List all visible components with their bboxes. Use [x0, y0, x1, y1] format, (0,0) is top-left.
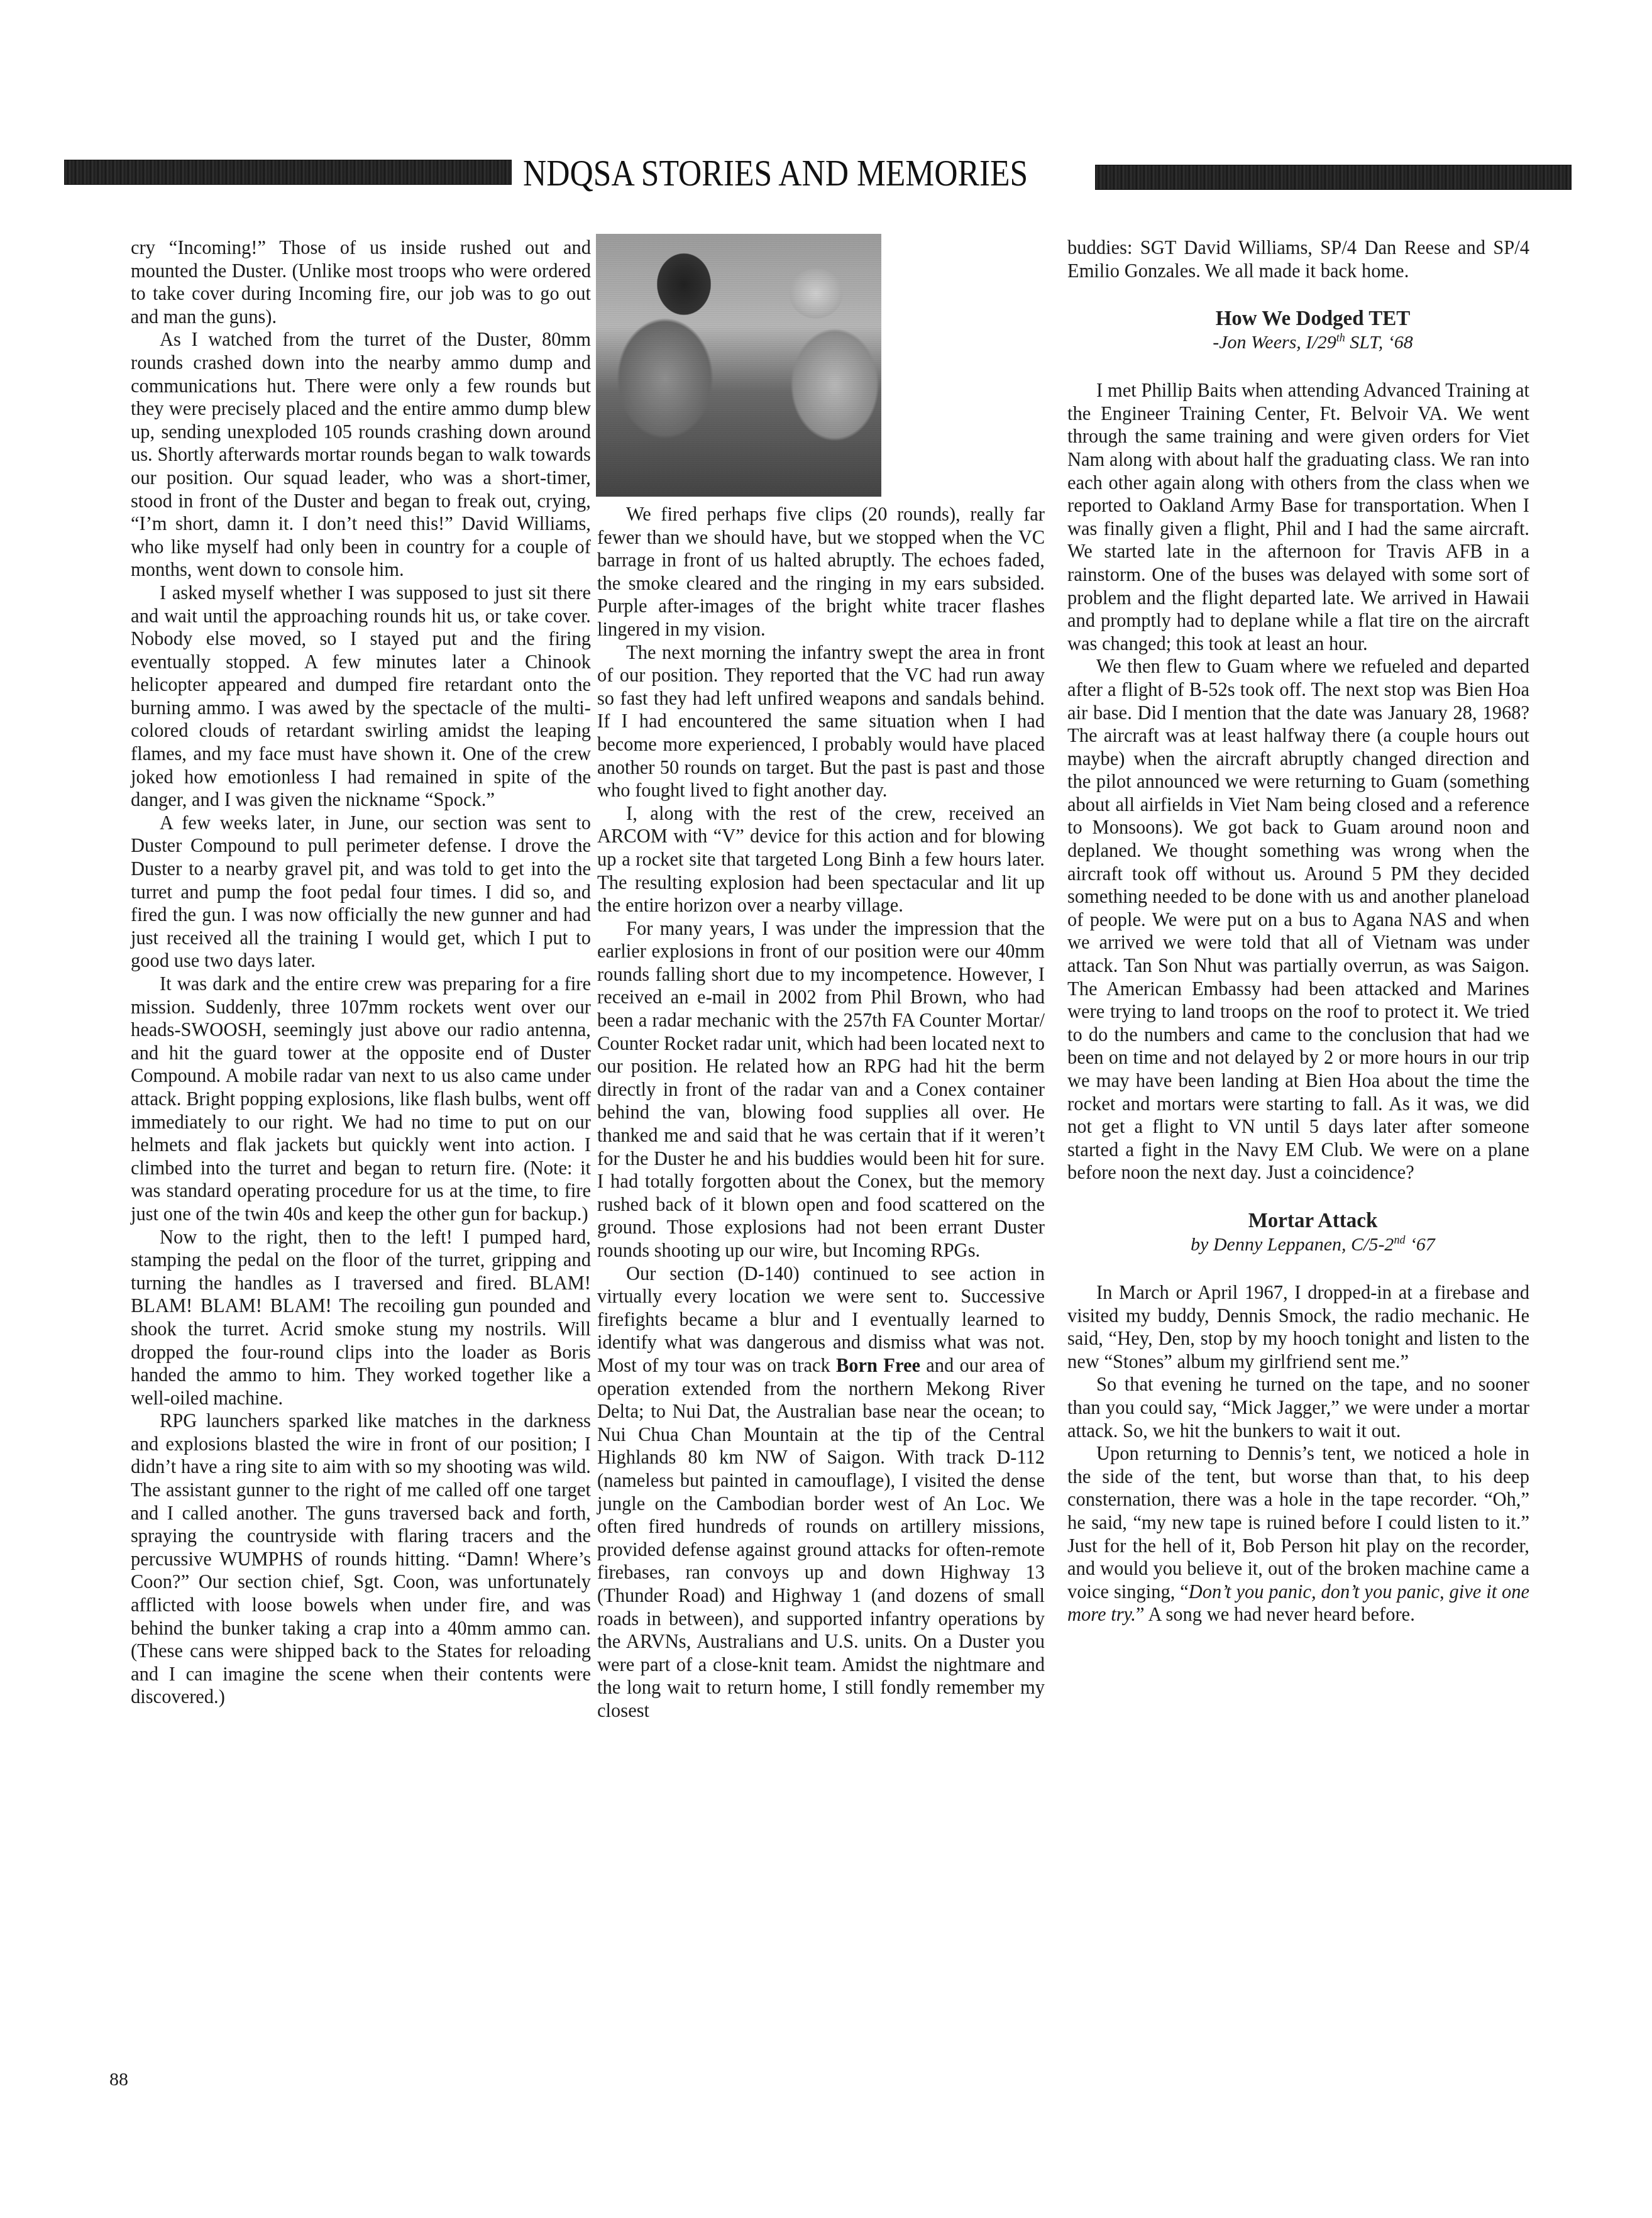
paragraph-text: and our area of operation extended from …: [597, 1355, 1045, 1721]
paragraph: Now to the right, then to the left! I pu…: [131, 1226, 591, 1410]
paragraph: I, along with the rest of the crew, rece…: [597, 802, 1045, 917]
column-middle: We fired perhaps five clips (20 rounds),…: [597, 503, 1045, 1722]
paragraph: RPG launchers sparked like matches in th…: [131, 1410, 591, 1709]
paragraph: I asked myself whether I was supposed to…: [131, 582, 591, 812]
paragraph-text: ” A song we had never heard before.: [1136, 1604, 1415, 1625]
page-number: 88: [109, 2068, 128, 2091]
duster-crew-photo: [596, 234, 881, 497]
byline-superscript: nd: [1394, 1233, 1405, 1246]
story-byline: -Jon Weers, I/29th SLT, ‘68: [1067, 331, 1529, 354]
paragraph: For many years, I was under the impressi…: [597, 917, 1045, 1262]
paragraph: So that evening he turned on the tape, a…: [1067, 1373, 1529, 1442]
paragraph: It was dark and the entire crew was prep…: [131, 973, 591, 1226]
track-name-born-free: Born Free: [836, 1355, 920, 1376]
byline-text: SLT, ‘68: [1345, 332, 1413, 353]
paragraph: I met Phillip Baits when attending Advan…: [1067, 379, 1529, 655]
column-left: cry “Incoming!” Those of us inside rushe…: [131, 236, 591, 1709]
paragraph: As I watched from the turret of the Dust…: [131, 328, 591, 582]
paragraph: buddies: SGT David Williams, SP/4 Dan Re…: [1067, 236, 1529, 282]
byline-text: by Denny Leppanen, C/5-2: [1191, 1234, 1394, 1255]
byline-superscript: th: [1336, 331, 1345, 344]
paragraph: We then flew to Guam where we refueled a…: [1067, 655, 1529, 1184]
story-title-how-we-dodged-tet: How We Dodged TET: [1067, 306, 1529, 331]
story-byline: by Denny Leppanen, C/5-2nd ‘67: [1067, 1233, 1529, 1256]
paragraph: The next morning the infantry swept the …: [597, 641, 1045, 802]
column-right: buddies: SGT David Williams, SP/4 Dan Re…: [1067, 236, 1529, 1626]
byline-text: -Jon Weers, I/29: [1213, 332, 1336, 353]
paragraph: In March or April 1967, I dropped-in at …: [1067, 1281, 1529, 1373]
story-title-mortar-attack: Mortar Attack: [1067, 1208, 1529, 1233]
paragraph: Upon returning to Dennis’s tent, we noti…: [1067, 1442, 1529, 1626]
paragraph: We fired perhaps five clips (20 rounds),…: [597, 503, 1045, 641]
header-rule-right: [1095, 165, 1572, 190]
byline-text: ‘67: [1405, 1234, 1435, 1255]
header-rule-left: [64, 160, 512, 185]
paragraph: Our section (D-140) continued to see act…: [597, 1262, 1045, 1723]
paragraph-text: Upon returning to Dennis’s tent, we noti…: [1067, 1443, 1529, 1603]
section-title: NDQSA STORIES AND MEMORIES: [523, 151, 1010, 195]
paragraph: A few weeks later, in June, our section …: [131, 812, 591, 973]
paragraph: cry “Incoming!” Those of us inside rushe…: [131, 236, 591, 328]
